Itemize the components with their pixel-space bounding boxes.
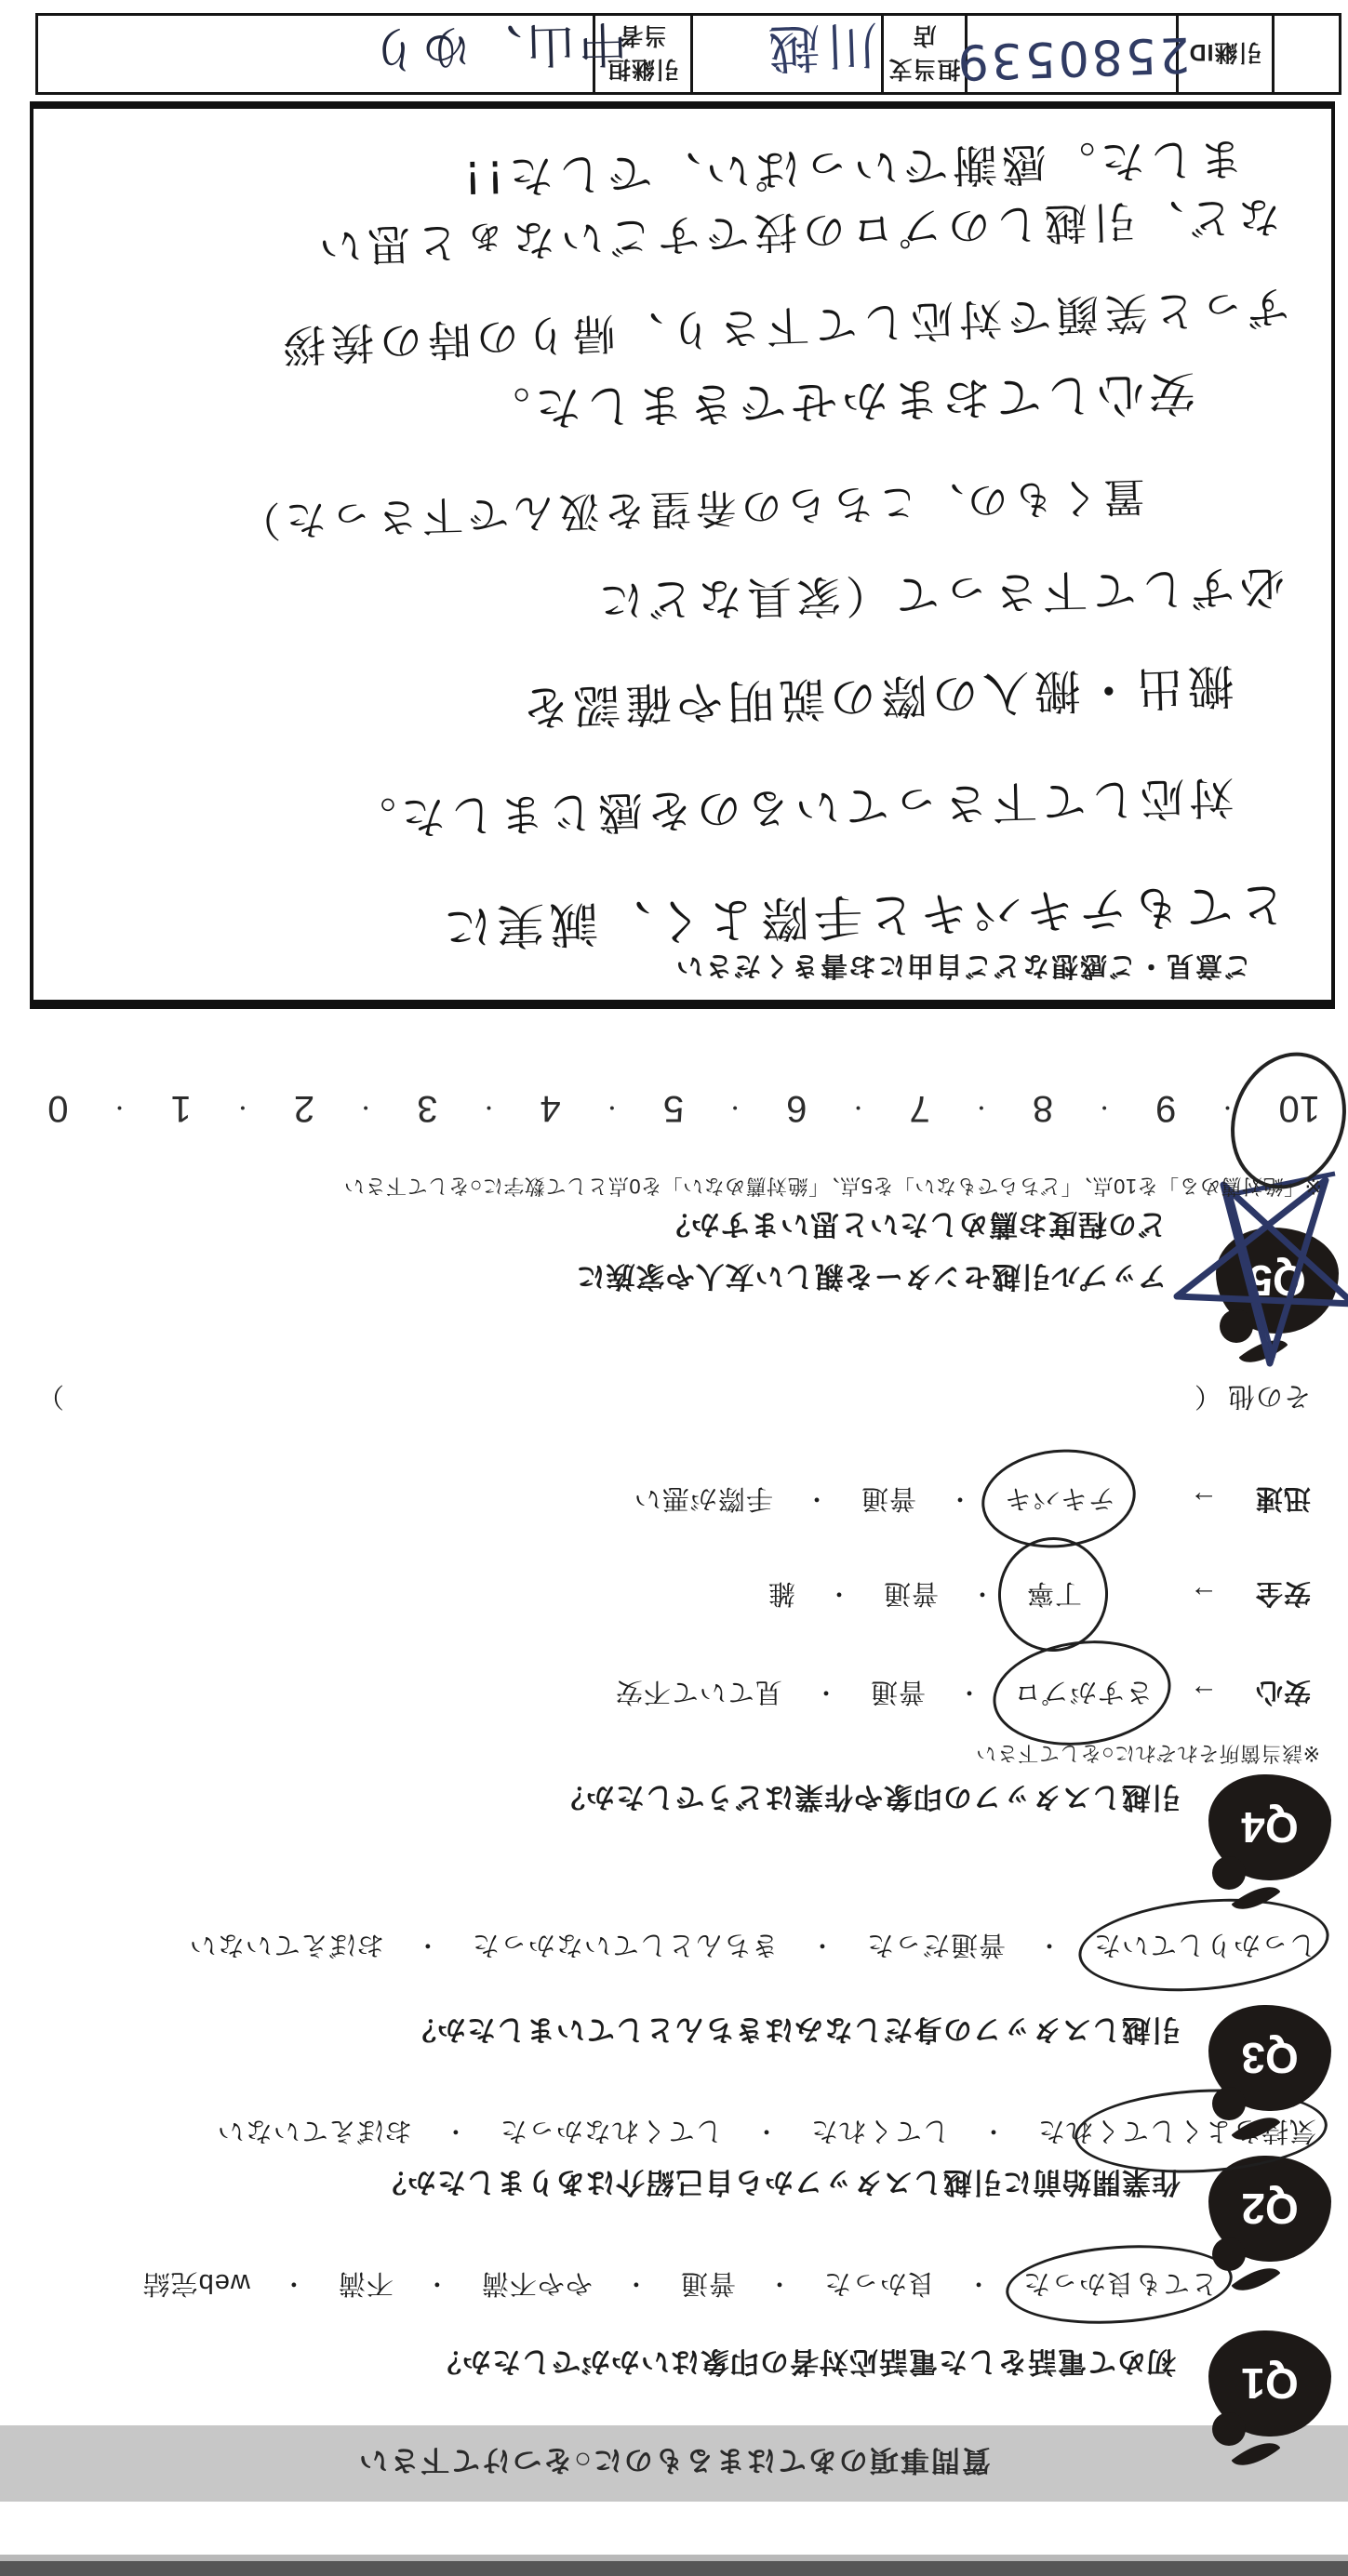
separator-dot: ・ bbox=[948, 1483, 972, 1518]
separator-dot: ・ bbox=[957, 1677, 981, 1711]
q4-badge-label: Q4 bbox=[1241, 1802, 1298, 1852]
handwritten-staff-value: 中山、ゆり bbox=[366, 12, 628, 88]
q2-badge-label: Q2 bbox=[1241, 2184, 1298, 2234]
instruction-text: 質問事項のあてはまるものに○をつけて下さい bbox=[357, 2443, 991, 2485]
separator-dot: ・ bbox=[814, 1677, 838, 1711]
separator-dot: ・ bbox=[810, 1930, 834, 1964]
option-label: 普通 bbox=[861, 1481, 916, 1520]
separator-dot: ・ bbox=[602, 1094, 622, 1122]
scale-number: 6 bbox=[786, 1087, 807, 1129]
q4-apple-badge-icon: Q4 bbox=[1208, 1774, 1331, 1880]
option-label: 普通 bbox=[883, 1576, 939, 1614]
separator-dot: ・ bbox=[827, 1578, 851, 1613]
q3-badge-label: Q3 bbox=[1241, 2033, 1298, 2083]
scale-number: 9 bbox=[1155, 1087, 1176, 1129]
scale-number: 4 bbox=[541, 1087, 561, 1129]
scale-number: 5 bbox=[663, 1087, 684, 1129]
scale-number: 1 bbox=[171, 1087, 192, 1129]
q1-apple-badge-icon: Q1 bbox=[1208, 2330, 1331, 2437]
separator-dot: ・ bbox=[767, 2268, 792, 2303]
other-label: その他 bbox=[1227, 1379, 1311, 1417]
q4-question: 引越しスタッフの印象や作業はどうでしたか？ bbox=[555, 1779, 1181, 1821]
q3-apple-badge-icon: Q3 bbox=[1208, 2005, 1331, 2111]
q1-options: とても良かった ・ 良かった ・ 普通 ・ やや不満 ・ 不満 ・ web完結 bbox=[142, 2266, 1218, 2304]
q5-badge-label: Q5 bbox=[1248, 1255, 1305, 1306]
q3-question: 引越しスタッフの身だしなみはきちんとしていましたか？ bbox=[407, 2012, 1181, 2053]
apple-bump bbox=[1220, 1309, 1253, 1343]
scale-number: 7 bbox=[910, 1087, 930, 1129]
arrow-icon: → bbox=[1190, 1580, 1218, 1612]
option-label: web完結 bbox=[142, 2266, 250, 2304]
q4-other-row: その他 （ bbox=[1194, 1379, 1311, 1417]
q5-question-line2: どの程度お薦めしたいと思いますか？ bbox=[661, 1206, 1167, 1248]
q4-note: ※該当箇所それぞれに○をして下さい bbox=[976, 1740, 1320, 1769]
scale-number: 3 bbox=[417, 1087, 437, 1129]
separator-dot: ・ bbox=[416, 1930, 440, 1964]
option-label: しっかりしていた bbox=[1093, 1930, 1316, 1959]
separator-dot: ・ bbox=[478, 1094, 499, 1122]
handwritten-line: 安心しておまかせできました。 bbox=[478, 363, 1195, 445]
separator-dot: ・ bbox=[971, 1094, 992, 1122]
option-label: 普通 bbox=[870, 1675, 926, 1713]
q1-badge-label: Q1 bbox=[1241, 2358, 1298, 2409]
q5-scoring-note: ※「絶対薦める」を10点、「どちらでもない」を5点、「絶対薦めない」を0点として… bbox=[344, 1173, 1322, 1202]
q3-options: しっかりしていた ・ 普通だった ・ きちんとしていなかった ・ おぼえていない bbox=[189, 1928, 1316, 1966]
row-label: 安全 bbox=[1255, 1576, 1311, 1614]
apple-bump bbox=[1212, 2087, 1246, 2120]
arrow-icon: → bbox=[1190, 1485, 1218, 1517]
separator-dot: ・ bbox=[981, 2116, 1006, 2150]
scale-number: 2 bbox=[294, 1087, 314, 1129]
separator-dot: ・ bbox=[233, 1094, 253, 1122]
apple-bump bbox=[1212, 2412, 1246, 2446]
scan-edge-strip-light bbox=[0, 2555, 1348, 2561]
option-label: きちんとしていなかった bbox=[472, 1928, 779, 1966]
separator-dot: ・ bbox=[1094, 1094, 1114, 1122]
apple-bump bbox=[1212, 2237, 1246, 2271]
separator-dot: ・ bbox=[725, 1094, 745, 1122]
scale-number: 0 bbox=[47, 1087, 68, 1129]
q4-row-anzen: 安全 → 丁寧 ・ 普通 ・ 雑 bbox=[767, 1576, 1311, 1614]
q1-question: 初めて電話をした電話応対者の印象はいかがでしたか？ bbox=[432, 2344, 1176, 2385]
separator-dot: ・ bbox=[110, 1094, 130, 1122]
option-label: 普通だった bbox=[866, 1928, 1006, 1966]
handwritten-line: 必ずして下さって（家具などに bbox=[594, 558, 1285, 637]
option-label: 丁寧 bbox=[1026, 1578, 1082, 1608]
q4-row2-option-circled: 丁寧 bbox=[1026, 1576, 1082, 1614]
q1-option-circled: とても良かった bbox=[1022, 2266, 1218, 2304]
q4-row3-option-circled: テキパキ bbox=[1004, 1481, 1115, 1520]
option-label: おぼえていない bbox=[217, 2114, 412, 2152]
handwritten-line: 置くもの、こちらの希望を汲んで下さった） bbox=[234, 470, 1146, 554]
handwritten-line: 搬出・搬入の際の説明や確認を bbox=[517, 656, 1235, 745]
separator-dot: ・ bbox=[425, 2268, 449, 2303]
nps-score-10: 10 bbox=[1279, 1087, 1321, 1129]
scanned-survey-postcard: 質問事項のあてはまるものに○をつけて下さい Q1 初めて電話をした電話応対者の印… bbox=[0, 0, 1348, 2576]
option-label: とても良かった bbox=[1022, 2268, 1218, 2298]
handwritten-branch-value: 川越 bbox=[762, 11, 880, 89]
q2-question: 作業開始前に引越しスタッフから自己紹介はありましたか？ bbox=[377, 2164, 1181, 2206]
option-label: さすがプロ bbox=[1013, 1677, 1153, 1706]
option-label: してくれた bbox=[810, 2114, 950, 2152]
q5-apple-badge-icon: Q5 bbox=[1216, 1228, 1339, 1334]
row-label: 安心 bbox=[1255, 1675, 1311, 1713]
arrow-icon: → bbox=[1190, 1679, 1218, 1710]
q2-apple-badge-icon: Q2 bbox=[1208, 2156, 1331, 2262]
q4-row1-option-circled: さすがプロ bbox=[1013, 1675, 1153, 1713]
scan-edge-strip bbox=[0, 2561, 1348, 2576]
q4-row-anshin: 安心 → さすがプロ ・ 普通 ・ 見ていて不安 bbox=[615, 1675, 1311, 1713]
q4-row-jinsoku: 迅速 → テキパキ ・ 普通 ・ 手際が悪い bbox=[634, 1481, 1311, 1520]
option-label: 良かった bbox=[823, 2266, 935, 2304]
scale-number: 8 bbox=[1033, 1087, 1053, 1129]
option-label: 普通 bbox=[680, 2266, 736, 2304]
option-label: 雑 bbox=[767, 1576, 795, 1614]
q5-question-line1: アップル引越センターを親しい友人や家族に bbox=[576, 1258, 1167, 1300]
separator-dot: ・ bbox=[848, 1094, 868, 1122]
q4-other-close: ） bbox=[36, 1379, 64, 1417]
separator-dot: ・ bbox=[444, 2116, 468, 2150]
separator-dot: ・ bbox=[805, 1483, 829, 1518]
rotated-sheet: 質問事項のあてはまるものに○をつけて下さい Q1 初めて電話をした電話応対者の印… bbox=[0, 0, 1348, 2576]
apple-bump bbox=[1212, 1856, 1246, 1890]
close-paren: ） bbox=[36, 1379, 64, 1417]
branch-label: 担当支店 bbox=[884, 20, 965, 87]
separator-dot: ・ bbox=[624, 2268, 648, 2303]
open-paren: （ bbox=[1194, 1379, 1221, 1417]
separator-dot: ・ bbox=[1037, 1930, 1061, 1964]
option-label: おぼえていない bbox=[189, 1928, 384, 1966]
option-label: してくれなかった bbox=[500, 2114, 723, 2152]
id-label: 引継ID bbox=[1189, 37, 1262, 71]
separator-dot: ・ bbox=[970, 1578, 994, 1613]
instruction-bar: 質問事項のあてはまるものに○をつけて下さい bbox=[0, 2425, 1348, 2502]
comment-box: ご意見・ご感想などご自由にお書きください とてもテキパキと手際よく、誠実に 対応… bbox=[30, 101, 1335, 1009]
table-cell-empty bbox=[1272, 16, 1339, 92]
option-label: 見ていて不安 bbox=[615, 1675, 782, 1713]
option-label: 不満 bbox=[338, 2266, 394, 2304]
nps-scale: 10 ・ 9 ・ 8 ・ 7 ・ 6 ・ 5 ・ 4 ・ 3 ・ 2 ・ 1 ・… bbox=[47, 1087, 1320, 1129]
option-label: やや不満 bbox=[481, 2266, 593, 2304]
separator-dot: ・ bbox=[754, 2116, 779, 2150]
table-cell-branch-label: 担当支店 bbox=[881, 16, 965, 92]
q2-options: 気持ちよくしてくれた ・ してくれた ・ してくれなかった ・ おぼえていない bbox=[217, 2114, 1316, 2152]
q3-option-circled: しっかりしていた bbox=[1093, 1928, 1316, 1966]
row-label: 迅速 bbox=[1255, 1481, 1311, 1520]
separator-dot: ・ bbox=[967, 2268, 991, 2303]
handwritten-line: 対応して下さっているのを感じました。 bbox=[346, 768, 1235, 854]
separator-dot: ・ bbox=[355, 1094, 376, 1122]
option-label: テキパキ bbox=[1004, 1483, 1115, 1513]
handwritten-id-value: 2580539 bbox=[954, 26, 1191, 90]
separator-dot: ・ bbox=[282, 2268, 306, 2303]
option-label: 手際が悪い bbox=[634, 1481, 773, 1520]
